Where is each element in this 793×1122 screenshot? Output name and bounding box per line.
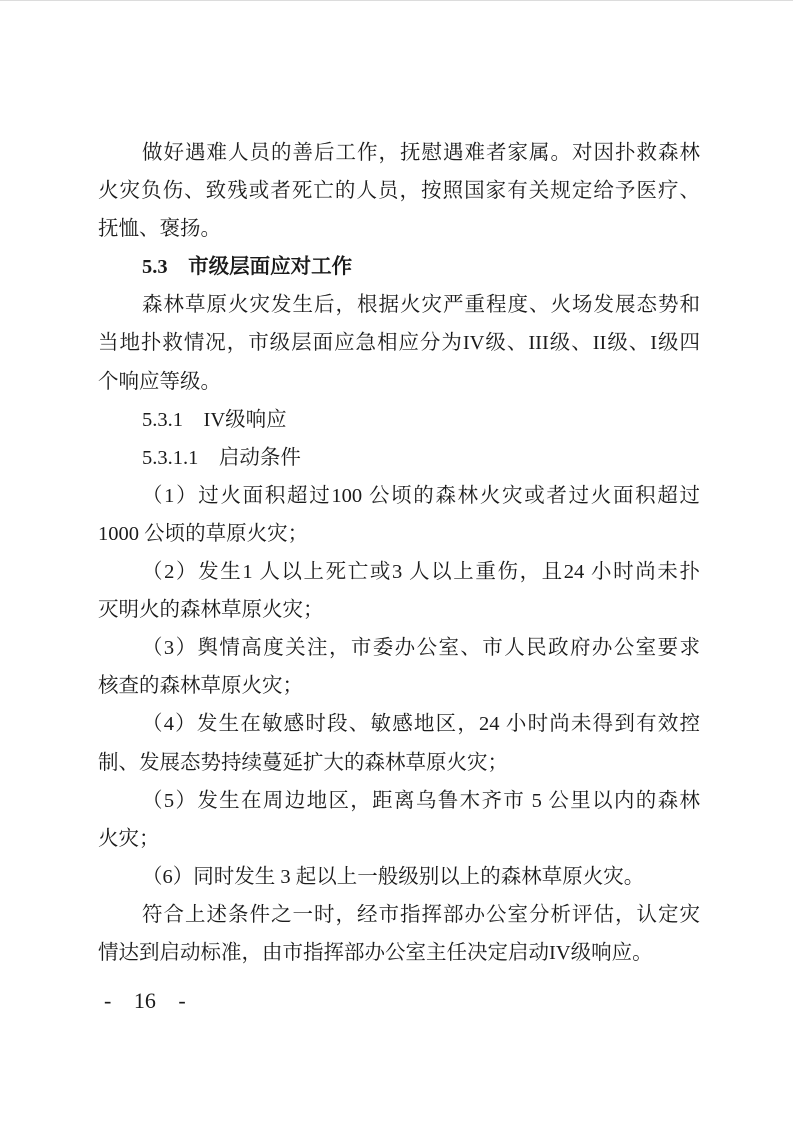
condition-3-line: （3）舆情高度关注，市委办公室、市人民政府办公室要求 bbox=[98, 629, 700, 667]
section-heading-5-3-1: 5.3.1 IV级响应 bbox=[98, 401, 700, 439]
paragraph-line: 火灾负伤、致残或者死亡的人员，按照国家有关规定给予医疗、 bbox=[98, 172, 700, 210]
section-heading-5-3: 5.3 市级层面应对工作 bbox=[98, 248, 700, 286]
condition-1-line: （1）过火面积超过100 公顷的森林火灾或者过火面积超过 bbox=[98, 477, 700, 515]
condition-1-line: 1000 公顷的草原火灾； bbox=[98, 515, 700, 553]
document-body: 做好遇难人员的善后工作，抚慰遇难者家属。对因扑救森林 火灾负伤、致残或者死亡的人… bbox=[98, 134, 700, 972]
condition-3-line: 核查的森林草原火灾； bbox=[98, 667, 700, 705]
condition-2-line: （2）发生1 人以上死亡或3 人以上重伤，且24 小时尚未扑 bbox=[98, 553, 700, 591]
condition-5-line: （5）发生在周边地区，距离乌鲁木齐市 5 公里以内的森林 bbox=[98, 782, 700, 820]
condition-5-line: 火灾； bbox=[98, 820, 700, 858]
paragraph-line: 森林草原火灾发生后，根据火灾严重程度、火场发展态势和 bbox=[98, 286, 700, 324]
section-heading-5-3-1-1: 5.3.1.1 启动条件 bbox=[98, 439, 700, 477]
paragraph-line: 符合上述条件之一时，经市指挥部办公室分析评估，认定灾 bbox=[98, 896, 700, 934]
paragraph-line: 当地扑救情况，市级层面应急相应分为IV级、III级、II级、I级四 bbox=[98, 324, 700, 362]
condition-2-line: 灭明火的森林草原火灾； bbox=[98, 591, 700, 629]
condition-4-line: 制、发展态势持续蔓延扩大的森林草原火灾； bbox=[98, 744, 700, 782]
paragraph-line: 做好遇难人员的善后工作，抚慰遇难者家属。对因扑救森林 bbox=[98, 134, 700, 172]
condition-4-line: （4）发生在敏感时段、敏感地区，24 小时尚未得到有效控 bbox=[98, 705, 700, 743]
document-page: 做好遇难人员的善后工作，抚慰遇难者家属。对因扑救森林 火灾负伤、致残或者死亡的人… bbox=[0, 0, 793, 1122]
condition-6-line: （6）同时发生 3 起以上一般级别以上的森林草原火灾。 bbox=[98, 858, 700, 896]
paragraph-line: 抚恤、褒扬。 bbox=[98, 210, 700, 248]
page-number: - 16 - bbox=[104, 989, 186, 1013]
paragraph-line: 情达到启动标准，由市指挥部办公室主任决定启动IV级响应。 bbox=[98, 934, 700, 972]
paragraph-line: 个响应等级。 bbox=[98, 363, 700, 401]
